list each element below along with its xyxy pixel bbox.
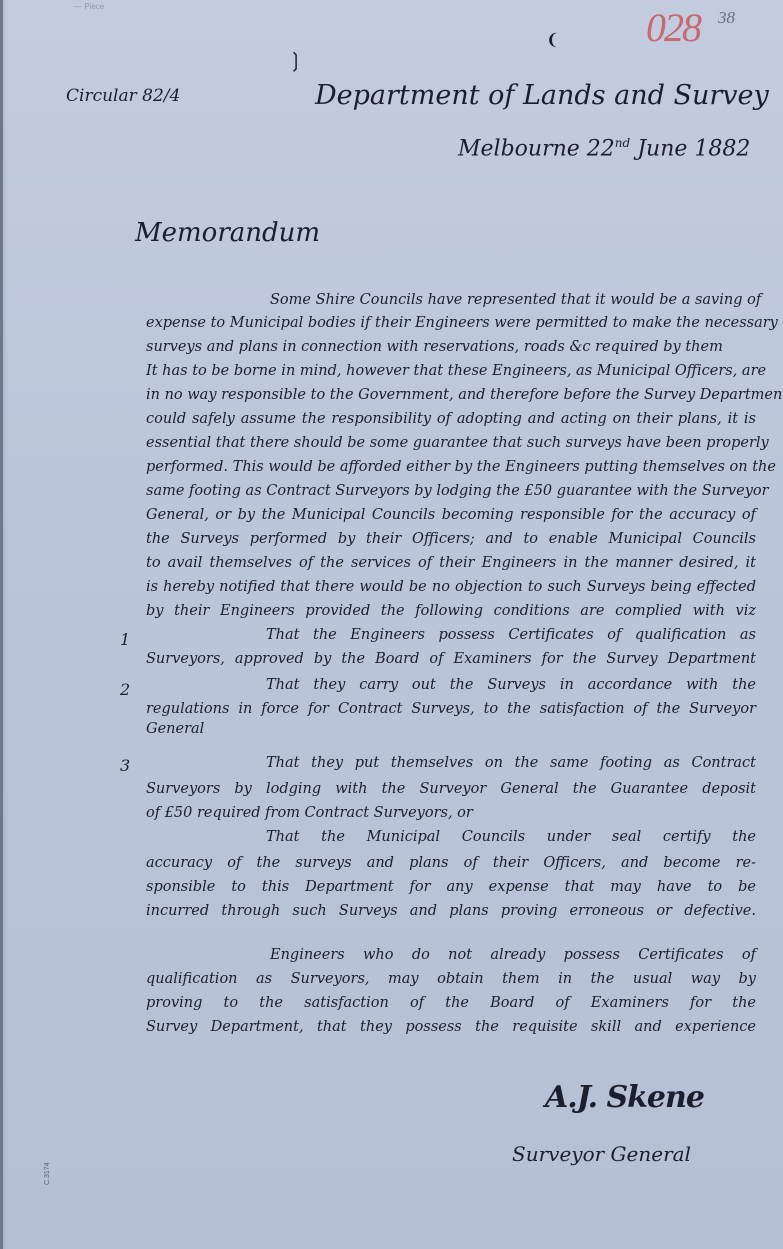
document-page: — Piece ❳ ❨ 028 38 Circular 82/4 Departm… <box>0 0 783 1249</box>
signatory-title: Surveyor General <box>512 1142 691 1166</box>
condition-line: incurred through such Surveys and plans … <box>146 904 756 919</box>
body-line: is hereby notified that there would be n… <box>146 580 756 595</box>
condition-number: 3 <box>120 756 130 775</box>
date-day: 22 <box>587 136 615 161</box>
ink-mark: ❨ <box>546 30 559 49</box>
condition-number: 2 <box>120 680 130 699</box>
condition-line: accuracy of the surveys and plans of the… <box>146 856 756 871</box>
department-heading: Department of Lands and Survey <box>315 80 769 111</box>
condition-line: Surveyors by lodging with the Surveyor G… <box>146 782 756 797</box>
archive-number-stamp: 028 <box>646 4 700 51</box>
closing-line: Engineers who do not already possess Cer… <box>146 948 756 963</box>
condition-line: sponsible to this Department for any exp… <box>146 880 756 895</box>
memorandum-title: Memorandum <box>135 218 320 248</box>
archive-number-suffix: 38 <box>718 8 735 28</box>
body-line: in no way responsible to the Government,… <box>146 388 756 403</box>
condition-line: Surveyors, approved by the Board of Exam… <box>146 652 756 667</box>
body-line: essential that there should be some guar… <box>146 436 756 451</box>
condition-line: That the Municipal Councils under seal c… <box>146 830 756 845</box>
body-line: It has to be borne in mind, however that… <box>146 364 756 379</box>
signature: A.J. Skene <box>545 1080 704 1115</box>
closing-line: Survey Department, that they possess the… <box>146 1020 756 1035</box>
body-line: the Surveys performed by their Officers;… <box>146 532 756 547</box>
condition-line: That they carry out the Surveys in accor… <box>146 678 756 693</box>
date-suffix: nd <box>615 136 630 150</box>
body-line: expense to Municipal bodies if their Eng… <box>146 316 756 331</box>
body-line: Some Shire Councils have represented tha… <box>146 293 756 308</box>
body-line: by their Engineers provided the followin… <box>146 604 756 619</box>
condition-line: regulations in force for Contract Survey… <box>146 702 756 717</box>
closing-line: proving to the satisfaction of the Board… <box>146 996 756 1011</box>
condition-line: That the Engineers possess Certificates … <box>146 628 756 643</box>
body-line: performed. This would be afforded either… <box>146 460 756 475</box>
date-rest: June 1882 <box>637 136 750 161</box>
condition-line: That they put themselves on the same foo… <box>146 756 756 771</box>
body-line: same footing as Contract Surveyors by lo… <box>146 484 756 499</box>
closing-line: qualification as Surveyors, may obtain t… <box>146 972 756 987</box>
ink-mark: ❳ <box>287 48 304 72</box>
condition-line: General <box>146 722 756 737</box>
body-line: General, or by the Municipal Councils be… <box>146 508 756 523</box>
place-and-date: Melbourne 22nd June 1882 <box>458 136 750 161</box>
place: Melbourne <box>458 136 580 161</box>
condition-line: of £50 required from Contract Surveyors,… <box>146 806 756 821</box>
body-line: could safely assume the responsibility o… <box>146 412 756 427</box>
condition-number: 1 <box>120 630 130 649</box>
body-line: to avail themselves of the services of t… <box>146 556 756 571</box>
body-line: surveys and plans in connection with res… <box>146 340 756 355</box>
side-reference-code: C.3174 <box>44 1162 51 1185</box>
circular-reference: Circular 82/4 <box>66 86 180 106</box>
faint-header-text: — Piece <box>74 2 104 11</box>
